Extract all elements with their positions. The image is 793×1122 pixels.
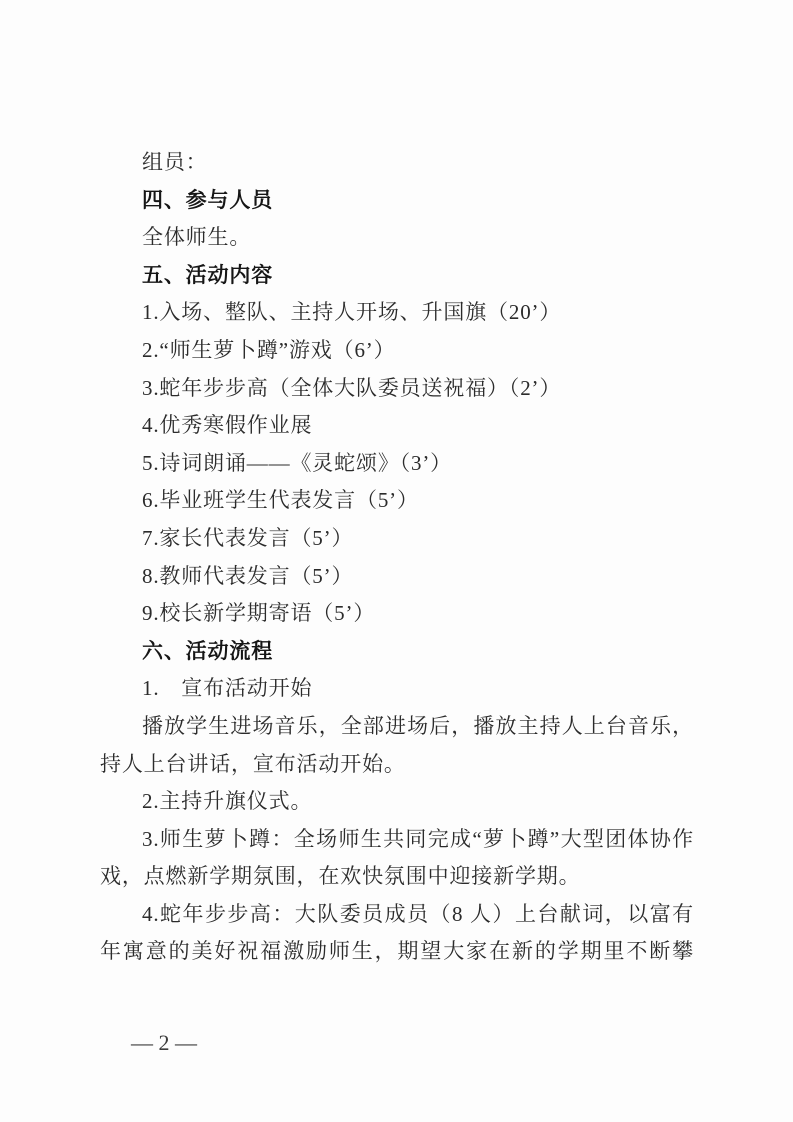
document-body: 组员： 四、参与人员 全体师生。 五、活动内容 1.入场、整队、主持人开场、升国… [100, 144, 694, 971]
section-heading-activity-content: 五、活动内容 [100, 257, 694, 295]
section-heading-participants: 四、参与人员 [100, 182, 694, 220]
doc-line-item-8: 8.教师代表发言（5’） [100, 558, 694, 596]
doc-line-paragraph: 播放学生进场音乐，全部进场后，播放主持人上台音乐，主 [100, 708, 694, 746]
doc-line-paragraph: 戏，点燃新学期氛围，在欢快氛围中迎接新学期。 [100, 858, 694, 896]
page-number: — 2 — [131, 1026, 197, 1060]
doc-line-flow-2: 2.主持升旗仪式。 [100, 783, 694, 821]
doc-line-item-6: 6.毕业班学生代表发言（5’） [100, 482, 694, 520]
doc-line-flow-3: 3.师生萝卜蹲：全场师生共同完成“萝卜蹲”大型团体协作游 [100, 821, 694, 859]
doc-line-paragraph: 持人上台讲话，宣布活动开始。 [100, 746, 694, 784]
doc-line-flow-1: 1. 宣布活动开始 [100, 670, 694, 708]
document-page: 组员： 四、参与人员 全体师生。 五、活动内容 1.入场、整队、主持人开场、升国… [0, 0, 793, 1122]
doc-line-item-1: 1.入场、整队、主持人开场、升国旗（20’） [100, 294, 694, 332]
section-heading-activity-flow: 六、活动流程 [100, 633, 694, 671]
doc-line-item-7: 7.家长代表发言（5’） [100, 520, 694, 558]
doc-line-paragraph: 年寓意的美好祝福激励师生，期望大家在新的学期里不断攀登， [100, 933, 694, 971]
doc-line-item-2: 2.“师生萝卜蹲”游戏（6’） [100, 332, 694, 370]
doc-line-item-5: 5.诗词朗诵——《灵蛇颂》（3’） [100, 445, 694, 483]
doc-line-item-4: 4.优秀寒假作业展 [100, 407, 694, 445]
doc-line-item-3: 3.蛇年步步高（全体大队委员送祝福）（2’） [100, 370, 694, 408]
doc-line: 全体师生。 [100, 219, 694, 257]
doc-line-item-9: 9.校长新学期寄语（5’） [100, 595, 694, 633]
doc-line-group-members: 组员： [100, 144, 694, 182]
doc-line-flow-4: 4.蛇年步步高：大队委员成员（8 人）上台献词，以富有蛇 [100, 896, 694, 934]
